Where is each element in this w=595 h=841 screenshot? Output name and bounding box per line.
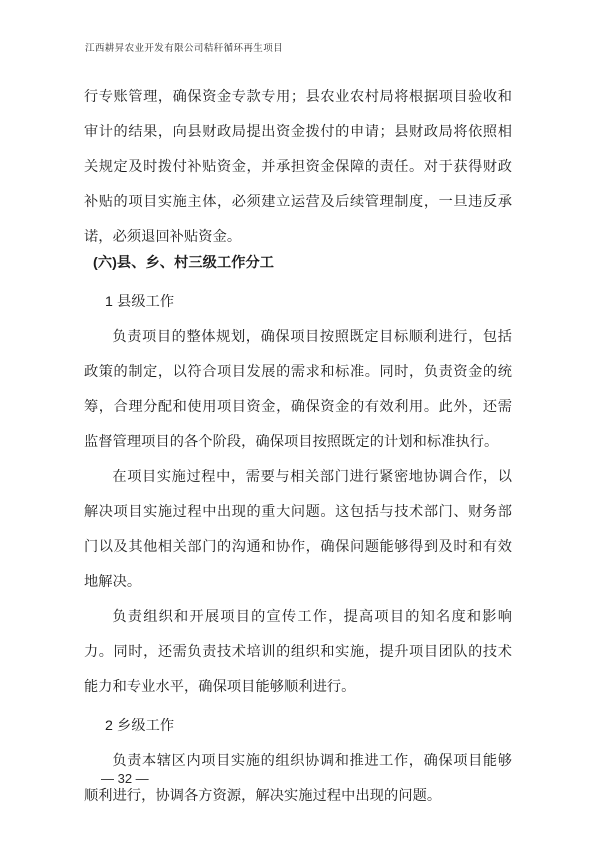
page-number: — 32 — — [101, 771, 149, 786]
body-paragraph: 负责组织和开展项目的宣传工作，提高项目的知名度和影响力。同时，还需负责技术培训的… — [84, 600, 512, 705]
document-body: 行专账管理，确保资金专款专用；县农业农村局将根据项目验收和审计的结果，向县财政局… — [84, 80, 512, 814]
document-page: 江西耕昇农业开发有限公司秸秆循环再生项目 行专账管理，确保资金专款专用；县农业农… — [0, 0, 595, 841]
section-subheading-township: 2 乡级工作 — [84, 709, 512, 744]
section-subheading-county: 1 县级工作 — [84, 285, 512, 320]
document-header-title: 江西耕昇农业开发有限公司秸秆循环再生项目 — [85, 40, 283, 54]
body-paragraph: 在项目实施过程中，需要与相关部门进行紧密地协调合作，以解决项目实施过程中出现的重… — [84, 460, 512, 600]
body-paragraph: 负责项目的整体规划，确保项目按照既定目标顺利进行，包括政策的制定，以符合项目发展… — [84, 320, 512, 460]
section-heading-level-2: (六)县、乡、村三级工作分工 — [84, 246, 512, 281]
body-paragraph-continued: 行专账管理，确保资金专款专用；县农业农村局将根据项目验收和审计的结果，向县财政局… — [84, 80, 512, 255]
